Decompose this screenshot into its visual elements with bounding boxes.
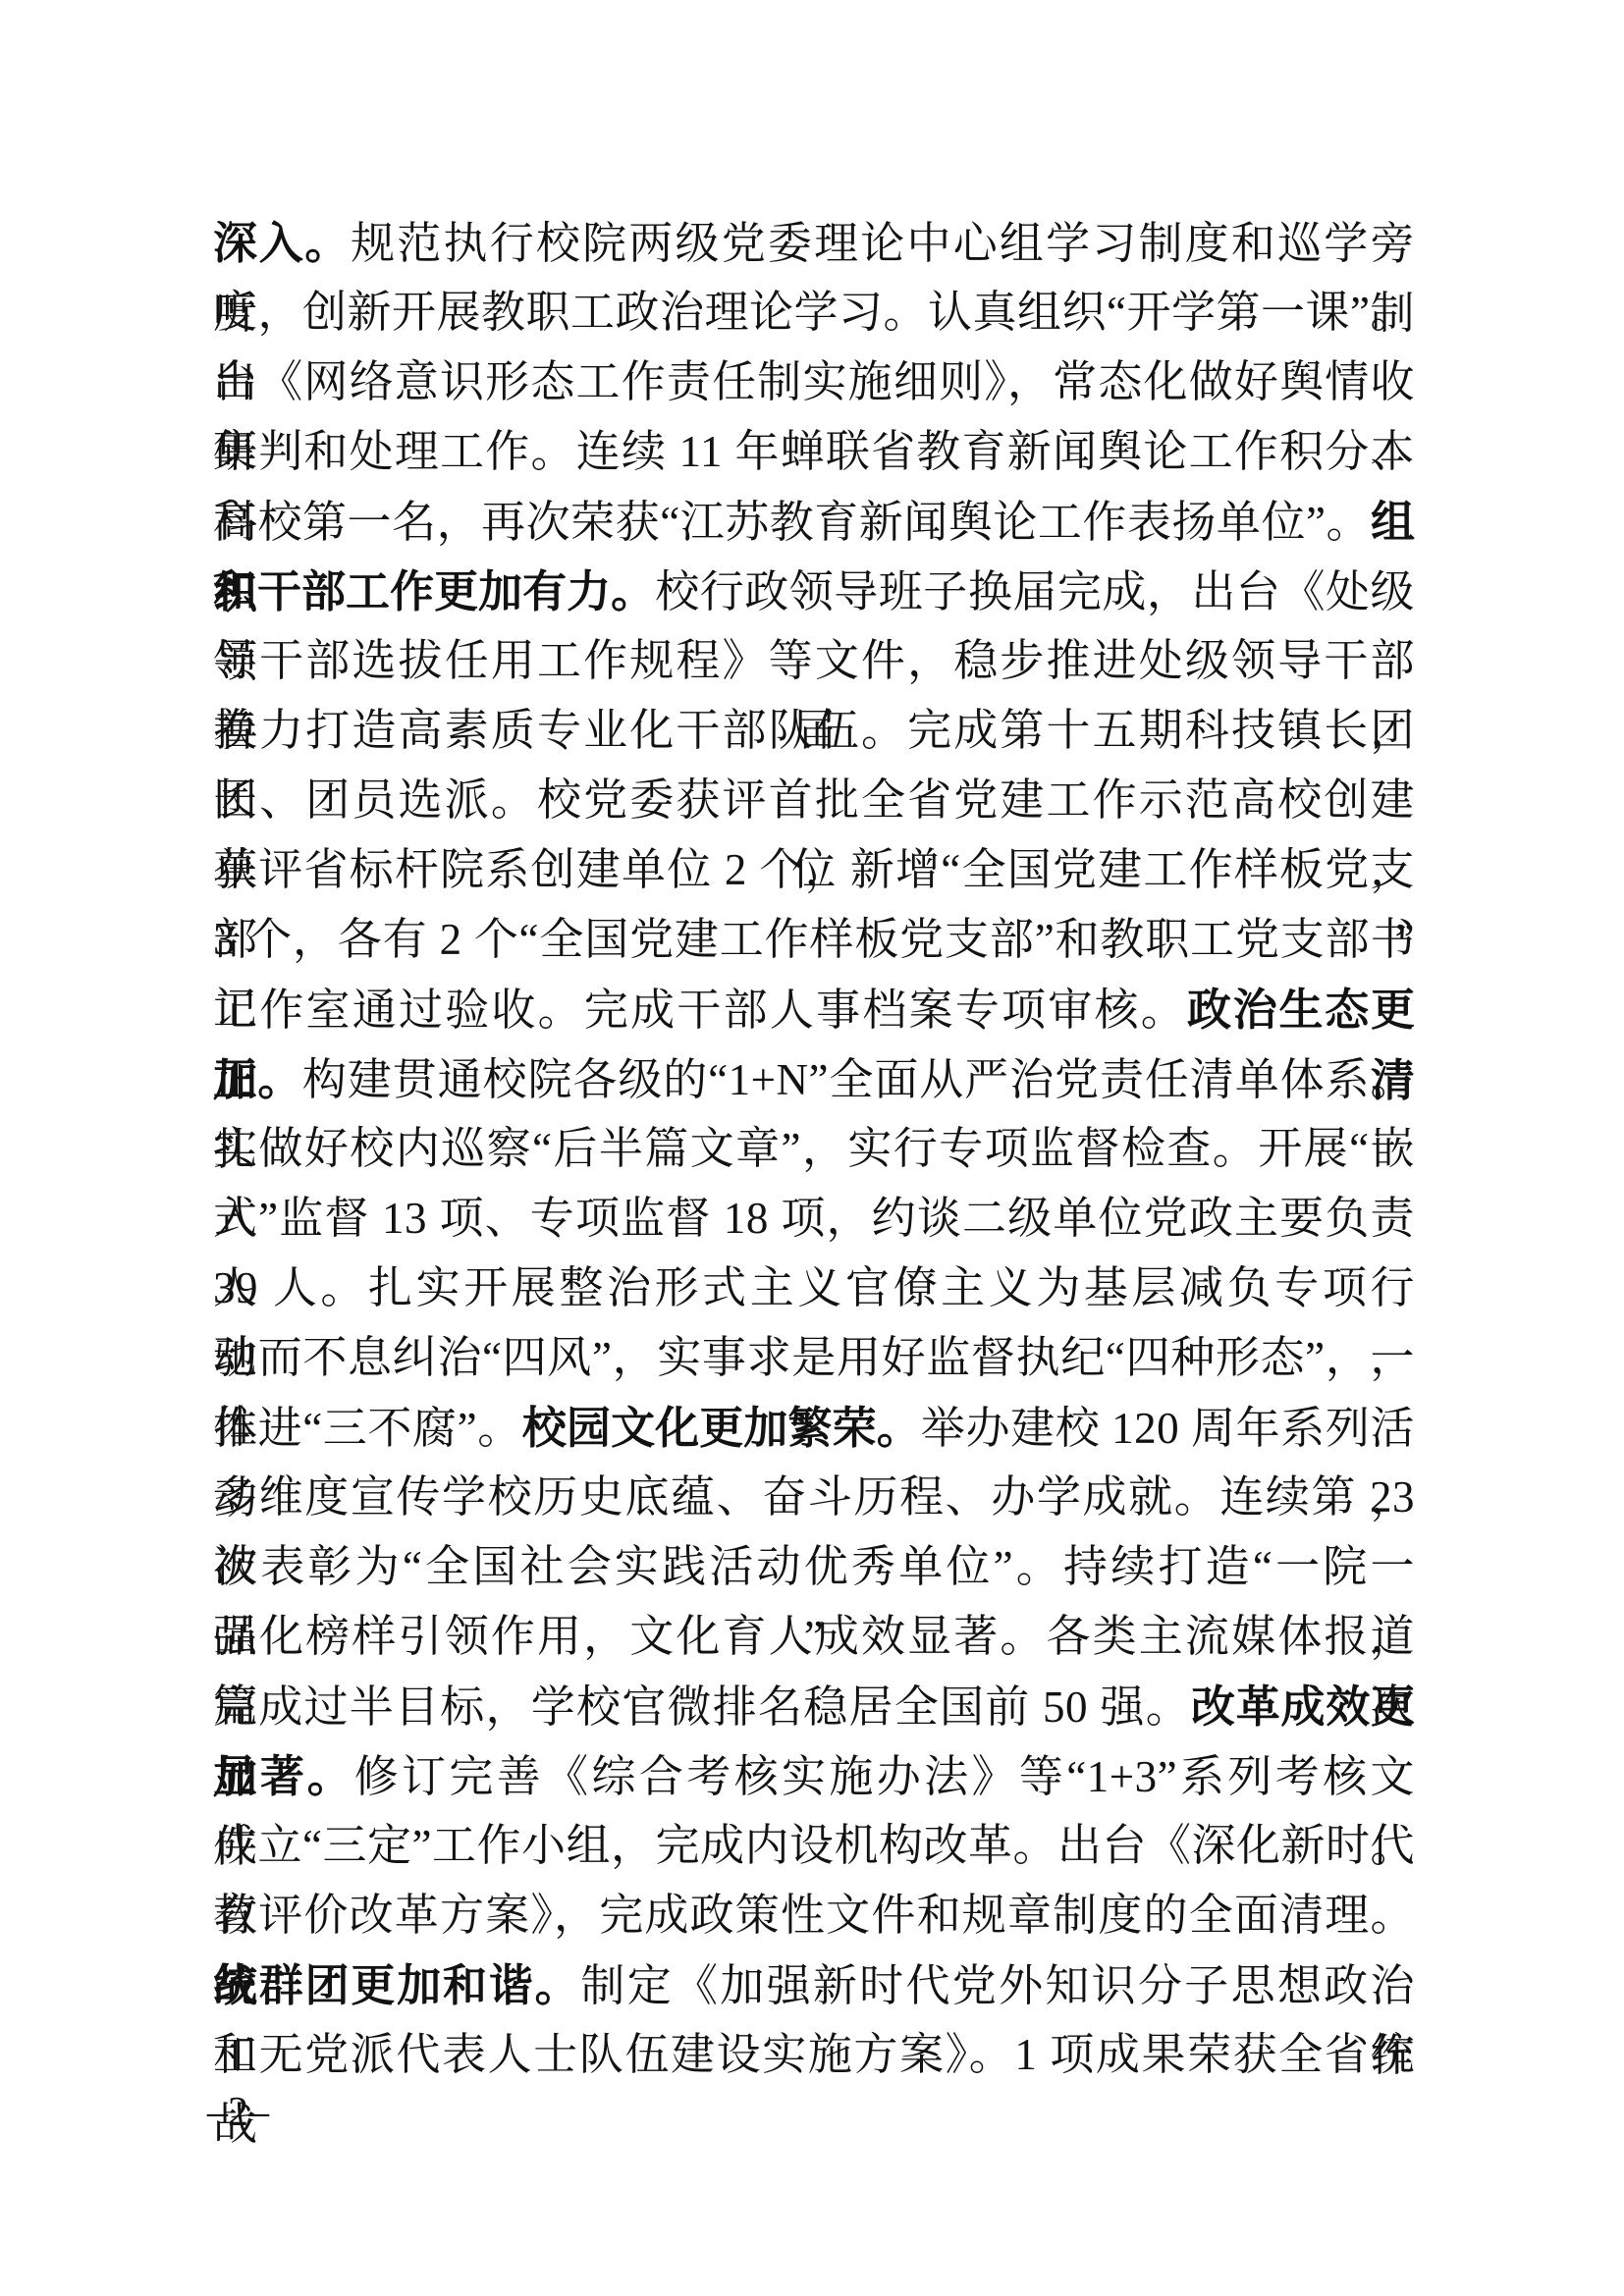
text-line: 成立“三定”工作小组，完成内设机构改革。出台《深化新时代教: [213, 1811, 1415, 1881]
text-line: 获评省标杆院系创建单位 2 个，新增“全国党建工作样板党支部”: [213, 835, 1415, 905]
body-text-run: 工作室通过验收。完成干部人事档案专项审核。: [213, 986, 1187, 1035]
body-text-run: 完成过半目标，学校官微排名稳居全国前 50 强。: [213, 1682, 1191, 1732]
document-page: 深入。规范执行校院两级党委理论中心组学习制度和巡学旁听制度，创新开展教职工政治理…: [0, 0, 1624, 2296]
emphasis-heading-run: 校园文化更加繁荣。: [522, 1403, 921, 1453]
text-line: 实做好校内巡察“后半篇文章”，实行专项监督检查。开展“嵌入: [213, 1114, 1415, 1184]
text-line: 着力打造高素质专业化干部队伍。完成第十五期科技镇长团团: [213, 696, 1415, 766]
text-line: 深入。规范执行校院两级党委理论中心组学习制度和巡学旁听制: [213, 208, 1415, 278]
text-line: 和干部工作更加有力。校行政领导班子换届完成，出台《处级领: [213, 557, 1415, 626]
text-line: 3 个，各有 2 个“全国党建工作样板党支部”和教职工党支部书记: [213, 905, 1415, 975]
emphasis-heading-run: 显著。: [213, 1751, 354, 1801]
text-line: 被表彰为“全国社会实践活动优秀单位”。持续打造“一院一品”，: [213, 1532, 1415, 1602]
text-line: 推进“三不腐”。校园文化更加繁荣。举办建校 120 周年系列活动，: [213, 1393, 1415, 1463]
text-line: 显著。修订完善《综合考核实施办法》等“1+3”系列考核文件。: [213, 1741, 1415, 1811]
text-line: 正。构建贯通校院各级的“1+N”全面从严治党责任清单体系。扎: [213, 1044, 1415, 1114]
text-line: 强化榜样引领作用，文化育人成效显著。各类主流媒体报道篇次: [213, 1602, 1415, 1672]
emphasis-heading-run: 和干部工作更加有力。: [213, 566, 655, 616]
body-text-run: 推进“三不腐”。: [213, 1404, 522, 1453]
text-line: 度，创新开展教职工政治理论学习。认真组织“开学第一课”。出: [213, 278, 1415, 347]
emphasis-heading-run: 正。: [213, 1054, 302, 1104]
text-line: 驰而不息纠治“四风”，实事求是用好监督执纪“四种形态”，一体: [213, 1323, 1415, 1393]
text-line: 多维度宣传学校历史底蕴、奋斗历程、办学成就。连续第 23 次: [213, 1463, 1415, 1532]
body-text: 深入。规范执行校院两级党委理论中心组学习制度和巡学旁听制度，创新开展教职工政治理…: [213, 208, 1415, 2090]
text-line: 战群团更加和谐。制定《加强新时代党外知识分子思想政治工作: [213, 1950, 1415, 2020]
page-number: –2–: [207, 2089, 269, 2136]
text-line: 导干部选拔任用工作规程》等文件，稳步推进处级领导干部换届，: [213, 626, 1415, 696]
emphasis-heading-run: 深入。: [213, 218, 351, 268]
text-line: 完成过半目标，学校官微排名稳居全国前 50 强。改革成效更加: [213, 1672, 1415, 1741]
emphasis-heading-run: 战群团更加和谐。: [213, 1960, 580, 2010]
text-line: 台《网络意识形态工作责任制实施细则》，常态化做好舆情收集、: [213, 347, 1415, 417]
text-line: 39 人。扎实开展整治形式主义官僚主义为基层减负专项行动，: [213, 1254, 1415, 1323]
text-line: 高校第一名，再次荣获“江苏教育新闻舆论工作表扬单位”。组织: [213, 487, 1415, 557]
text-line: 研判和处理工作。连续 11 年蝉联省教育新闻舆论工作积分本科: [213, 417, 1415, 487]
text-line: 和无党派代表人士队伍建设实施方案》。1 项成果荣获全省统战: [213, 2020, 1415, 2090]
text-line: 育评价改革方案》，完成政策性文件和规章制度的全面清理。统: [213, 1881, 1415, 1950]
text-line: 长、团员选派。校党委获评首批全省党建工作示范高校创建单位，: [213, 766, 1415, 835]
text-line: 工作室通过验收。完成干部人事档案专项审核。政治生态更加清: [213, 975, 1415, 1044]
text-line: 式”监督 13 项、专项监督 18 项，约谈二级单位党政主要负责人: [213, 1184, 1415, 1254]
body-text-run: 育评价改革方案》，完成政策性文件和规章制度的全面清理。: [213, 1891, 1415, 1940]
body-text-run: 高校第一名，再次荣获“江苏教育新闻舆论工作表扬单位”。: [213, 498, 1371, 547]
body-text-run: 和无党派代表人士队伍建设实施方案》。1 项成果荣获全省统战: [213, 2030, 1415, 2149]
